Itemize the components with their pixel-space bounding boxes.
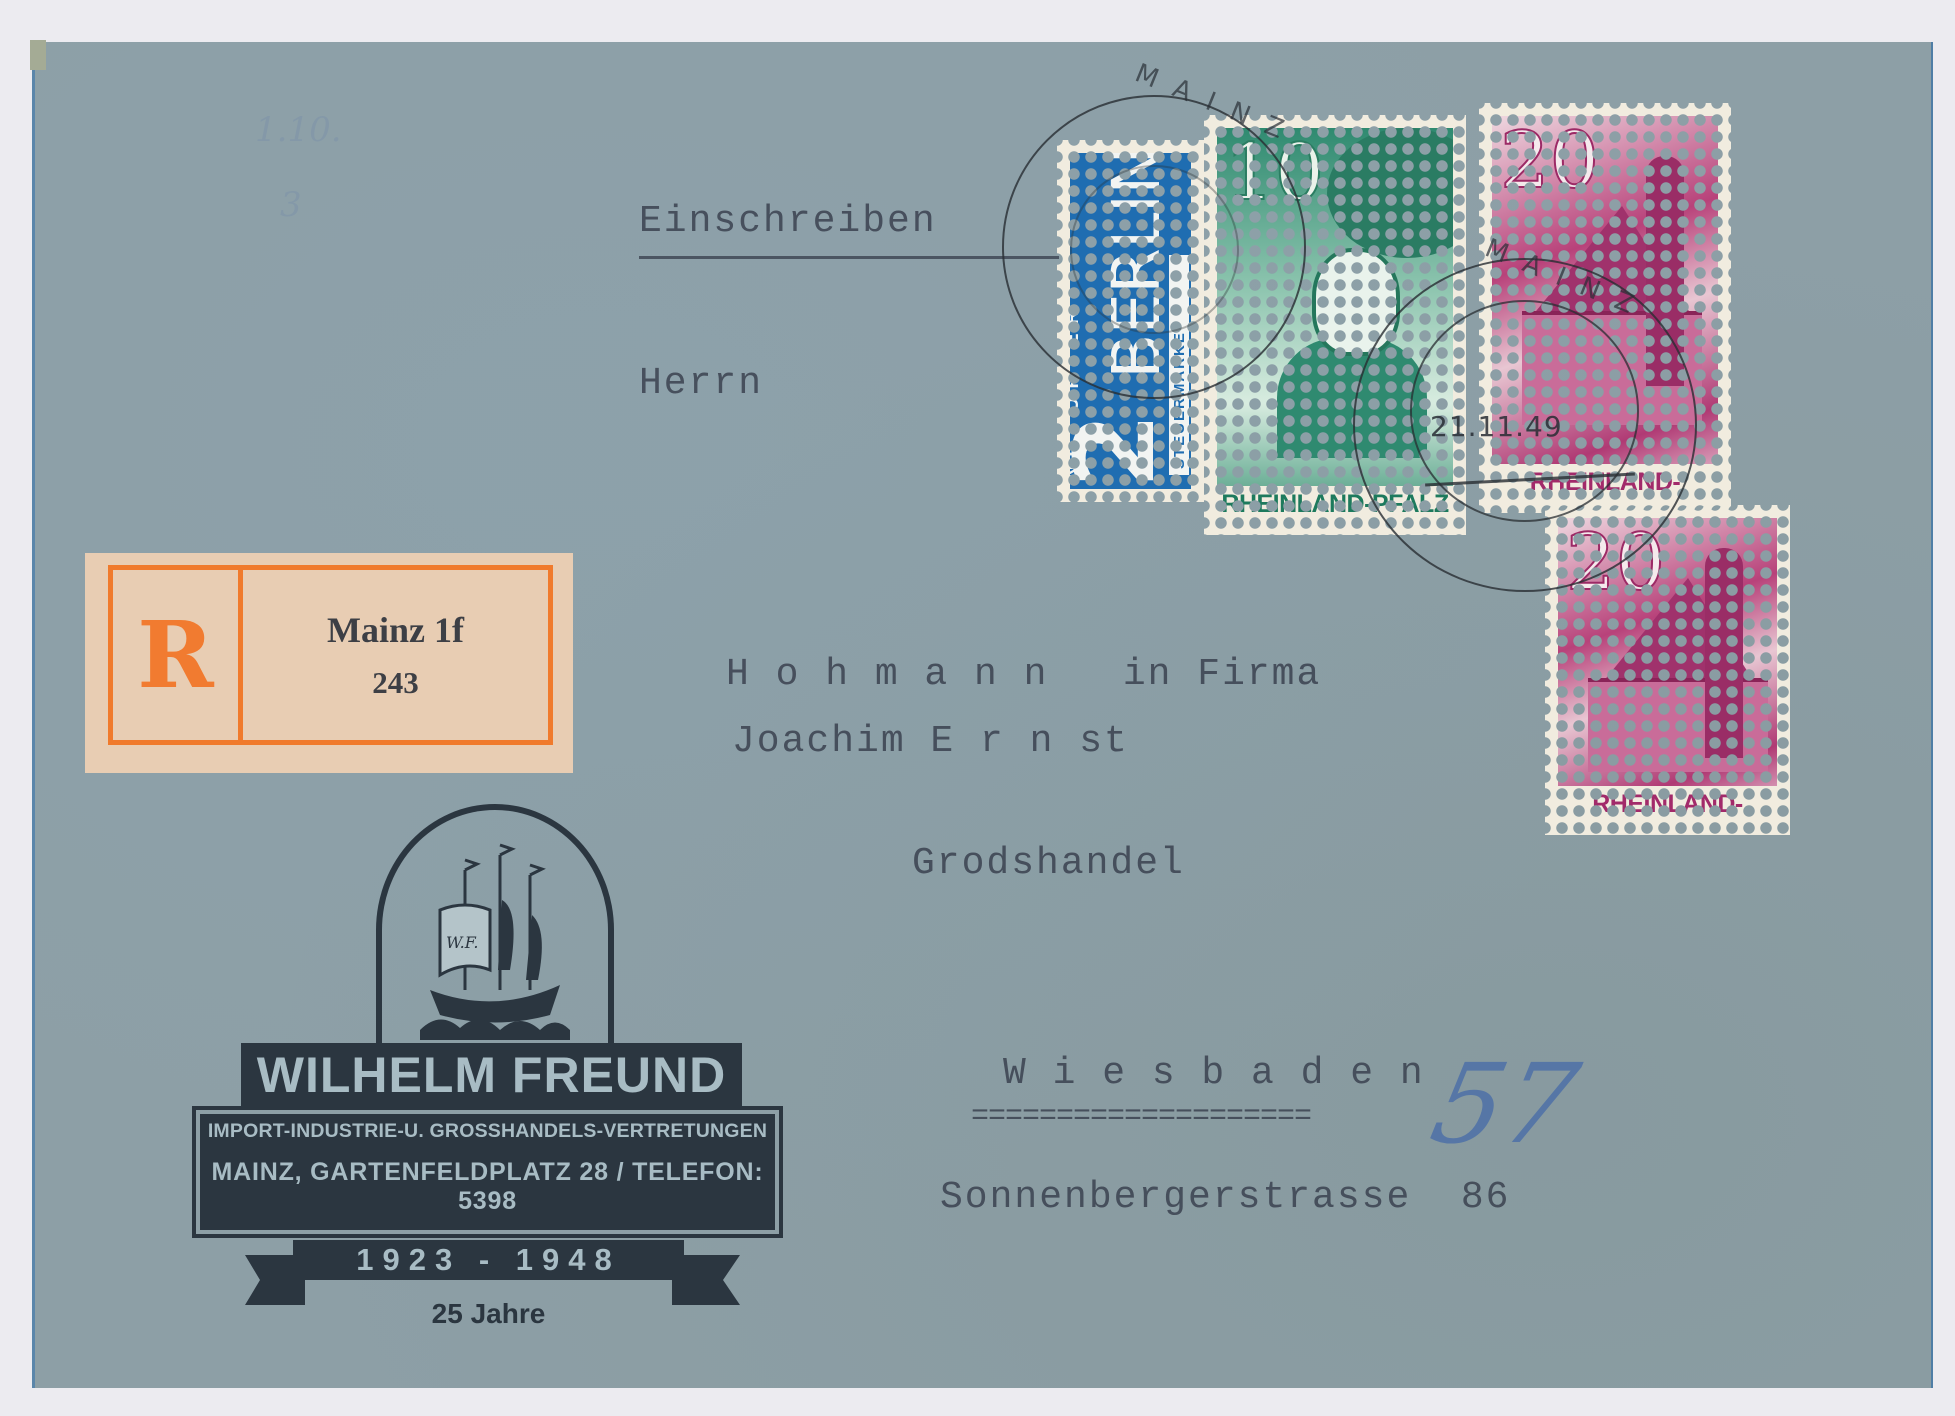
postmark-inner-ring	[1070, 165, 1239, 334]
recipient-city: W i e s b a d e n	[1003, 1052, 1425, 1095]
tree-illustration	[1327, 128, 1453, 258]
recipient-street: Sonnenbergerstrasse 86	[940, 1176, 1511, 1219]
registration-letter-box: R	[113, 570, 243, 740]
handwritten-number: 57	[1421, 1040, 1588, 1168]
pencil-note: 1.10.	[255, 110, 342, 150]
tower-illustration	[1705, 548, 1743, 758]
registration-letter: R	[137, 609, 213, 701]
recipient-business: Grodshandel	[912, 842, 1185, 885]
registration-details: Mainz 1f 243	[243, 570, 548, 740]
company-address: MAINZ, GARTENFELDPLATZ 28 / TELEFON: 539…	[196, 1158, 779, 1216]
city-double-underline: ====================	[971, 1100, 1311, 1134]
registration-number: 243	[372, 665, 419, 701]
service-underline	[639, 256, 1059, 259]
registration-frame: R Mainz 1f 243	[108, 565, 553, 745]
stamp-value: 2	[1070, 412, 1170, 489]
company-name: WILHELM FREUND	[241, 1046, 742, 1104]
anniversary-label: 25 Jahre	[293, 1298, 684, 1330]
logo-monogram: W.F.	[446, 933, 478, 952]
service-note: Einschreiben	[639, 200, 937, 243]
recipient-company: Joachim E r n st	[732, 720, 1129, 763]
company-description: IMPORT-INDUSTRIE-U. GROSSHANDELS-VERTRET…	[196, 1120, 779, 1143]
ship-icon: W.F.	[420, 840, 570, 1040]
registration-office: Mainz 1f	[327, 609, 464, 651]
recipient-name: H o h m a n n in Firma	[726, 653, 1321, 696]
postmark-date: 21.11.49	[1430, 410, 1563, 443]
salutation: Herrn	[639, 362, 763, 405]
envelope-corner	[30, 40, 46, 70]
registration-label: R Mainz 1f 243	[85, 553, 573, 773]
anniversary-years: 1923 - 1948	[293, 1240, 684, 1280]
stamp-caption: RHEINLAND-PFALZ	[1558, 786, 1777, 822]
pencil-note: 3	[280, 185, 302, 225]
stamp-value: 20	[1500, 122, 1599, 200]
